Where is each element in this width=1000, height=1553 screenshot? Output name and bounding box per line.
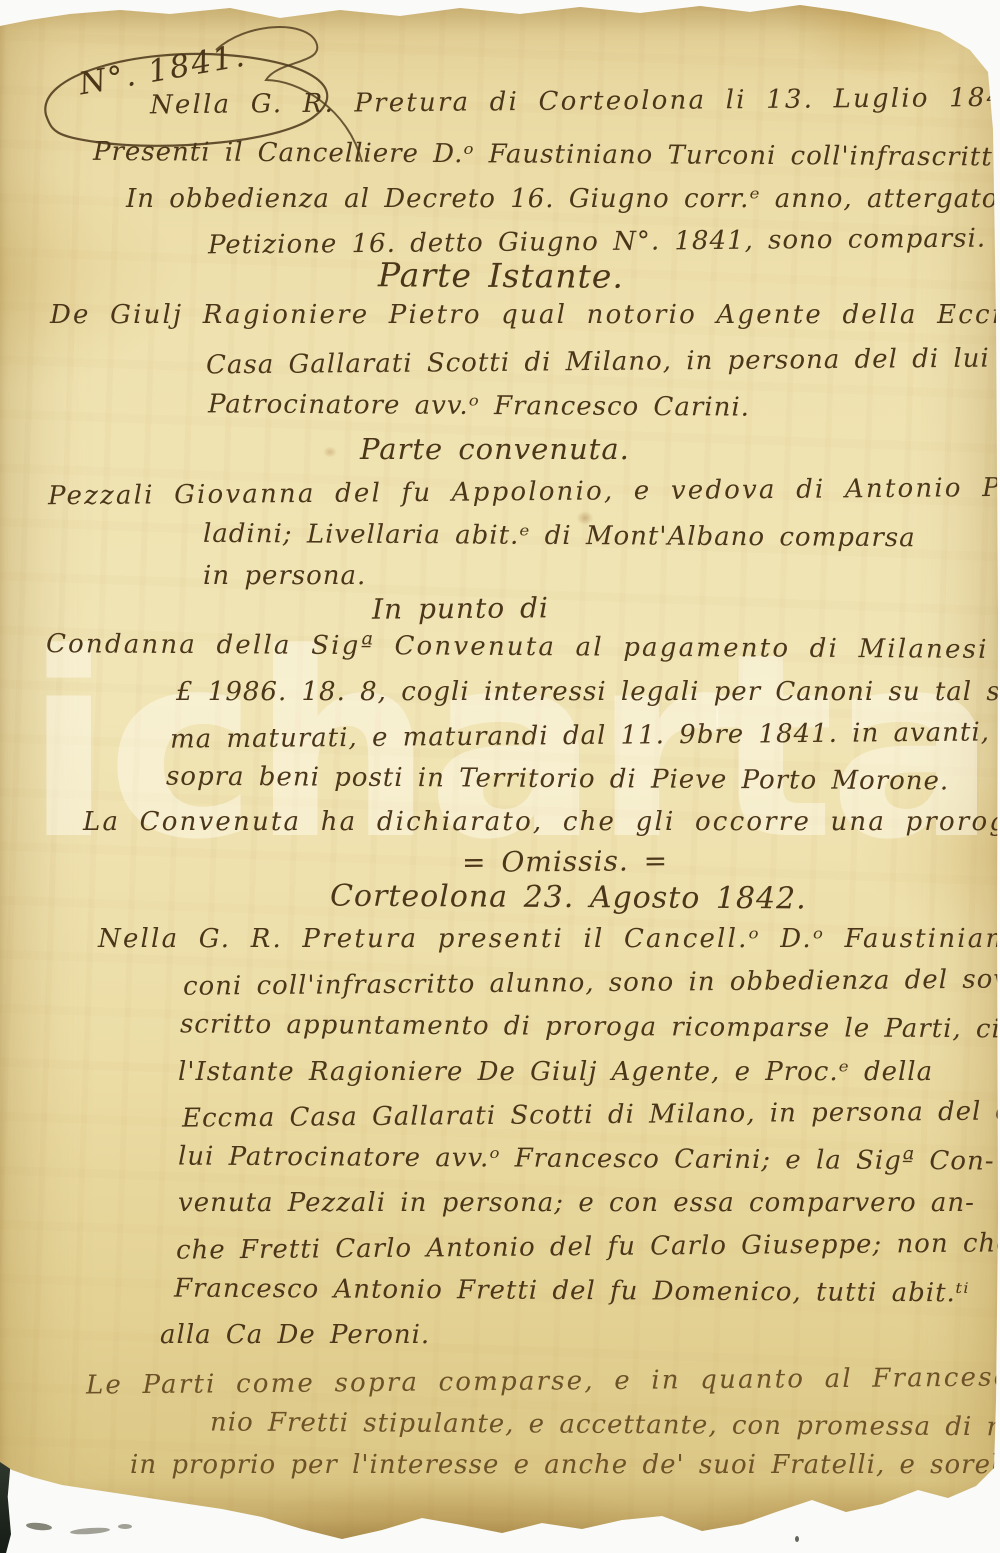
- paper-debris: [26, 1522, 53, 1532]
- manuscript-line: in persona.: [203, 561, 366, 591]
- scanned-manuscript: icharta N°. 1841. Nella G. R. Pretura di…: [0, 0, 1000, 1553]
- manuscript-line: sopra beni posti in Territorio di Pieve …: [166, 762, 949, 797]
- manuscript-line: Condanna della Sigª Convenuta al pagamen…: [46, 629, 989, 665]
- manuscript-line: Patrocinatore avv.ᵒ Francesco Carini.: [208, 389, 750, 422]
- section-heading: Parte Istante.: [378, 255, 624, 296]
- paper-sheet: icharta N°. 1841. Nella G. R. Pretura di…: [0, 0, 1000, 1553]
- manuscript-line: Le Parti come sopra comparse, e in quant…: [86, 1361, 1000, 1400]
- manuscript-line: In obbedienza al Decreto 16. Giugno corr…: [126, 184, 1000, 214]
- manuscript-line: Casa Gallarati Scotti di Milano, in pers…: [206, 344, 990, 381]
- manuscript-line: l'Istante Ragioniere De Giulj Agente, e …: [178, 1057, 933, 1087]
- manuscript-line: Francesco Antonio Fretti del fu Domenico…: [174, 1274, 970, 1309]
- manuscript-line: Pezzali Giovanna del fu Appolonio, e ved…: [48, 473, 1000, 512]
- manuscript-line: Petizione 16. detto Giugno N°. 1841, son…: [208, 224, 986, 261]
- section-heading: Parte convenuta.: [360, 432, 630, 466]
- manuscript-line: Presenti il Cancelliere D.ᵒ Faustiniano …: [93, 137, 1000, 173]
- paper-debris: [70, 1527, 110, 1536]
- manuscript-line: scritto appuntamento di proroga ricompar…: [180, 1009, 1000, 1044]
- section-heading: In punto di: [372, 591, 549, 626]
- manuscript-line: Eccma Casa Gallarati Scotti di Milano, i…: [182, 1096, 1000, 1133]
- manuscript-line: venuta Pezzali in persona; e con essa co…: [178, 1188, 975, 1218]
- dateline: Corteolona 23. Agosto 1842.: [330, 879, 807, 917]
- manuscript-line: £ 1986. 18. 8, cogli interessi legali pe…: [176, 677, 1000, 707]
- paper-debris: [118, 1524, 132, 1529]
- manuscript-line: coni coll'infrascritto alunno, sono in o…: [183, 964, 1000, 1001]
- omissis-mark: = Omissis. =: [462, 844, 668, 879]
- manuscript-line: che Fretti Carlo Antonio del fu Carlo Gi…: [176, 1228, 1000, 1265]
- manuscript-line: La Convenuta ha dichiarato, che gli occo…: [83, 807, 1000, 837]
- manuscript-line: nio Fretti stipulante, e accettante, con…: [210, 1407, 1000, 1442]
- dust-speck: [795, 1536, 799, 1542]
- manuscript-line: ladini; Livellaria abit.ᵉ di Mont'Albano…: [203, 519, 916, 553]
- manuscript-line: in proprio per l'interesse e anche de' s…: [130, 1450, 1000, 1480]
- manuscript-line: alla Ca De Peroni.: [160, 1320, 430, 1350]
- manuscript-line: De Giulj Ragioniere Pietro qual notorio …: [50, 300, 1000, 330]
- manuscript-line: Nella G. R. Pretura presenti il Cancell.…: [98, 924, 1000, 954]
- manuscript-line: lui Patrocinatore avv.ᵒ Francesco Carini…: [178, 1142, 995, 1177]
